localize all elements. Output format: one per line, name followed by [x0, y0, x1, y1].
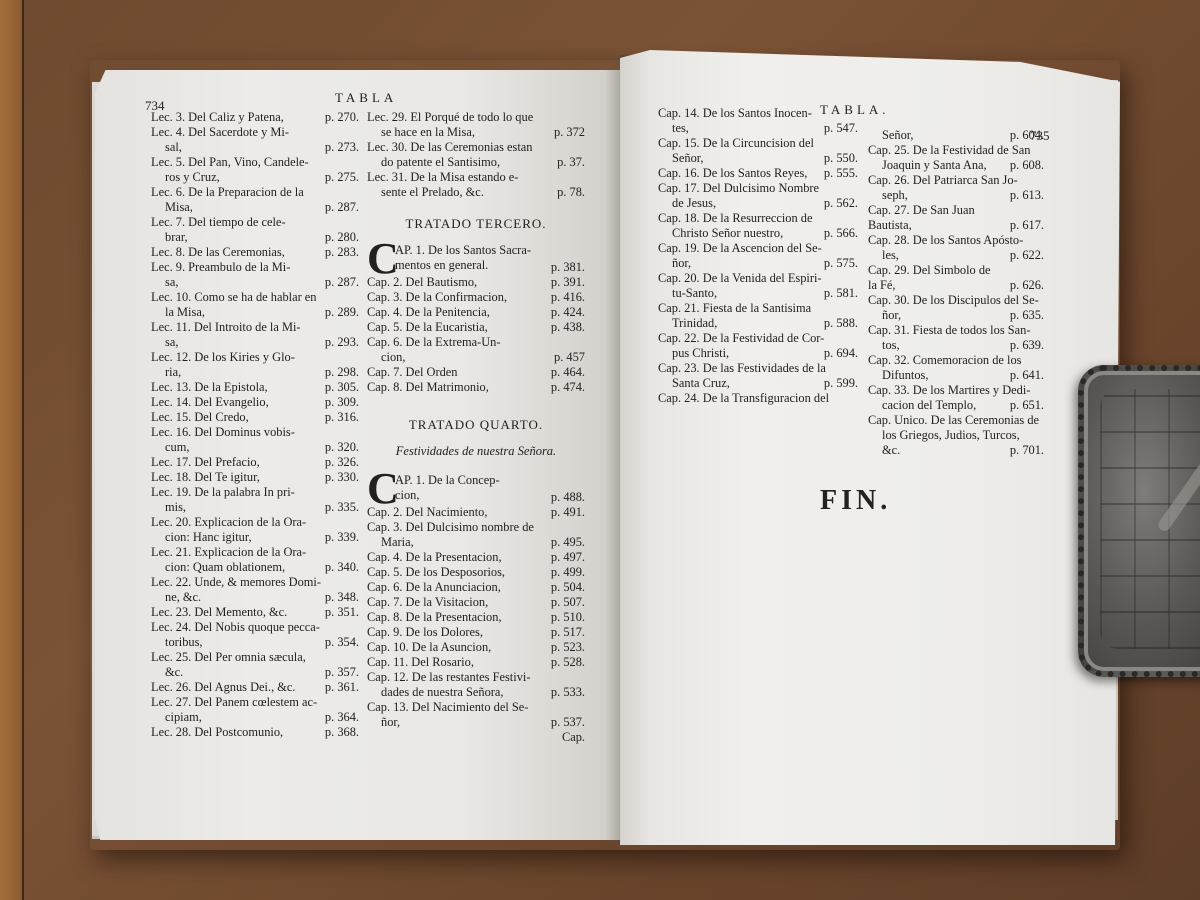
entry-page-number: p. 326. [325, 455, 359, 470]
entry-page-number: p. 528. [551, 655, 585, 670]
index-entry: Cap. 3. Del Dulcisimo nombre deMaria,p. … [367, 520, 585, 550]
index-entry: Lec. 21. Explicacion de la Ora-cion: Qua… [151, 545, 359, 575]
entry-continuation: los Griegos, Judios, Turcos, [868, 428, 1044, 443]
index-entry: Lec. 20. Explicacion de la Ora-cion: Han… [151, 515, 359, 545]
entry-title: Lec. 4. Del Sacerdote y Mi- [151, 125, 359, 140]
entry-title: Lec. 29. El Porqué de todo lo que [367, 110, 585, 125]
entry-title: Lec. 7. Del tiempo de cele- [151, 215, 359, 230]
index-entry: Cap. 26. Del Patriarca San Jo-seph,p. 61… [868, 173, 1044, 203]
entry-page-number: p. 510. [551, 610, 585, 625]
right-page: TABLA. 735 Cap. 14. De los Santos Inocen… [620, 50, 1120, 845]
index-entry: Lec. 15. Del Credo,p. 316. [151, 410, 359, 425]
entry-title: Lec. 6. De la Preparacion de la [151, 185, 359, 200]
entry-page-number: p. 289. [325, 305, 359, 320]
entry-title: Lec. 11. Del Introito de la Mi- [151, 320, 359, 335]
entry-page-number: p. 562. [824, 196, 858, 211]
entry-page-number: p. 351. [325, 605, 359, 620]
entry-title: Cap. 25. De la Festividad de San [868, 143, 1044, 158]
catchword: Cap. [367, 730, 585, 745]
entry-page-number: p. 361. [325, 680, 359, 695]
index-entry: Lec. 28. Del Postcomunio,p. 368. [151, 725, 359, 740]
entry-page-number: p. 78. [557, 185, 585, 200]
entry-page-number: p. 555. [824, 166, 858, 181]
index-entry: Cap. 28. De los Santos Apósto-les,p. 622… [868, 233, 1044, 263]
entry-page-number: p. 495. [551, 535, 585, 550]
index-entry: Lec. 23. Del Memento, &c.p. 351. [151, 605, 359, 620]
index-entry: Lec. 16. Del Dominus vobis-cum,p. 320. [151, 425, 359, 455]
left-col-1: Lec. 3. Del Caliz y Patena,p. 270.Lec. 4… [151, 110, 359, 740]
index-entry: Lec. 13. De la Epistola,p. 305. [151, 380, 359, 395]
entry-page-number: p. 320. [325, 440, 359, 455]
entry-title: Lec. 31. De la Misa estando e- [367, 170, 585, 185]
entry-page-number: p. 340. [325, 560, 359, 575]
entry-continuation: do patente el Santisimo, [367, 155, 585, 170]
entry-page-number: p. 335. [325, 500, 359, 515]
index-entry: Cap. 7. De la Visitacion,p. 507. [367, 595, 585, 610]
entry-page-number: p. 626. [1010, 278, 1044, 293]
entry-title: Lec. 9. Preambulo de la Mi- [151, 260, 359, 275]
index-entry: Cap. 17. Del Dulcisimo Nombrede Jesus,p.… [658, 181, 858, 211]
entry-page-number: p. 280. [325, 230, 359, 245]
entry-page-number: p. 537. [551, 715, 585, 730]
entry-page-number: p. 287. [325, 200, 359, 215]
index-entry: Lec. 27. Del Panem cœlestem ac-cipiam,p.… [151, 695, 359, 725]
entry-title: Cap. 24. De la Transfiguracion del [658, 391, 858, 406]
index-entry: Lec. 19. De la palabra In pri-mis,p. 335… [151, 485, 359, 515]
wooden-table-edge [0, 0, 24, 900]
entry-page-number: p. 608. [1010, 158, 1044, 173]
index-entry: Cap. 2. Del Bautismo,p. 391. [367, 275, 585, 290]
entry-page-number: p. 368. [325, 725, 359, 740]
index-entry: Cap. 7. Del Ordenp. 464. [367, 365, 585, 380]
entry-page-number: p. 641. [1010, 368, 1044, 383]
entry-title: Cap. 28. De los Santos Apósto- [868, 233, 1044, 248]
index-entry: Lec. 11. Del Introito de la Mi-sa,p. 293… [151, 320, 359, 350]
entry-title: Cap. 21. Fiesta de la Santisima [658, 301, 858, 316]
index-entry: Lec. 18. Del Te igitur,p. 330. [151, 470, 359, 485]
entry-title: Cap. 23. De las Festividades de la [658, 361, 858, 376]
entry-page: p. 488. [551, 490, 585, 505]
entry-page-number: p. 364. [325, 710, 359, 725]
lec-29-31-list: Lec. 29. El Porqué de todo lo quese hace… [367, 110, 585, 200]
entry-title: Cap. 33. De los Martires y Dedi- [868, 383, 1044, 398]
entry-page-number: p. 287. [325, 275, 359, 290]
index-entry: Cap. 30. De los Discipulos del Se-ñor,p.… [868, 293, 1044, 323]
entry-page-number: p. 533. [551, 685, 585, 700]
entry-title: Cap. 22. De la Festividad de Cor- [658, 331, 858, 346]
entry-title: Cap. 18. De la Resurreccion de [658, 211, 858, 226]
right-col-1: Cap. 14. De los Santos Inocen-tes,p. 547… [658, 106, 858, 406]
entry-page-number: p. 639. [1010, 338, 1044, 353]
index-entry: Lec. 22. Unde, & memores Domi-ne, &c.p. … [151, 575, 359, 605]
entry-page-number: p. 581. [824, 286, 858, 301]
entry-title: Cap. Unico. De las Ceremonias de [868, 413, 1044, 428]
entry-title: AP. 1. De los Santos Sacra- [395, 243, 585, 258]
entry-title: Cap. 20. De la Venida del Espiri- [658, 271, 858, 286]
entry-page-number: p. 273. [325, 140, 359, 155]
clasp-relief-grid [1100, 389, 1200, 649]
index-entry: Señor,p. 604. [868, 128, 1044, 143]
entry-title: Lec. 20. Explicacion de la Ora- [151, 515, 359, 530]
index-entry: Lec. 31. De la Misa estando e-sente el P… [367, 170, 585, 200]
entry-page-number: p. 305. [325, 380, 359, 395]
tratado-quarto-subheading: Festividades de nuestra Señora. [367, 444, 585, 459]
entry-title: Cap. 19. De la Ascencion del Se- [658, 241, 858, 256]
entry-title: Cap. 15. De la Circuncision del [658, 136, 858, 151]
entry-page-number: p. 339. [325, 530, 359, 545]
index-entry: Lec. 30. De las Ceremonias estando paten… [367, 140, 585, 170]
index-entry: Cap. 33. De los Martires y Dedi-cacion d… [868, 383, 1044, 413]
metal-clasp [1078, 365, 1200, 677]
entry-page-number: p. 547. [824, 121, 858, 136]
index-entry: Cap. 2. Del Nacimiento,p. 491. [367, 505, 585, 520]
entry-page-number: p. 517. [551, 625, 585, 640]
index-entry: Lec. 10. Como se ha de hablar enla Misa,… [151, 290, 359, 320]
right-col-2: Señor,p. 604.Cap. 25. De la Festividad d… [868, 128, 1044, 458]
index-entry: Cap. 20. De la Venida del Espiri-tu-Sant… [658, 271, 858, 301]
entry-page-number: p. 424. [551, 305, 585, 320]
index-entry: Lec. 25. Del Per omnia sæcula,&c.p. 357. [151, 650, 359, 680]
entry-page-number: p. 694. [824, 346, 858, 361]
entry-title: Cap. 26. Del Patriarca San Jo- [868, 173, 1044, 188]
entry-title: Lec. 30. De las Ceremonias estan [367, 140, 585, 155]
entry-title: Cap. 17. Del Dulcisimo Nombre [658, 181, 858, 196]
left-col-2: Lec. 29. El Porqué de todo lo quese hace… [367, 110, 585, 745]
index-entry: Cap. 14. De los Santos Inocen-tes,p. 547… [658, 106, 858, 136]
index-entry: Cap. 24. De la Transfiguracion del [658, 391, 858, 406]
entry-title: Lec. 21. Explicacion de la Ora- [151, 545, 359, 560]
entry-page-number: p. 575. [824, 256, 858, 271]
index-entry: Cap. 12. De las restantes Festivi-dades … [367, 670, 585, 700]
entry-title: Cap. 30. De los Discipulos del Se- [868, 293, 1044, 308]
entry-page-number: p. 622. [1010, 248, 1044, 263]
index-entry: Cap. 31. Fiesta de todos los San-tos,p. … [868, 323, 1044, 353]
index-entry: Cap. 23. De las Festividades de laSanta … [658, 361, 858, 391]
index-entry: Cap. 6. De la Extrema-Un-cion,p. 457 [367, 335, 585, 365]
entry-page-number: p. 357. [325, 665, 359, 680]
index-entry: Cap. 29. Del Simbolo de la Fé,p. 626. [868, 263, 1044, 293]
entry-page: p. 381. [551, 260, 585, 275]
index-entry: Lec. 6. De la Preparacion de laMisa,p. 2… [151, 185, 359, 215]
index-entry: Lec. 9. Preambulo de la Mi-sa,p. 287. [151, 260, 359, 290]
entry-page-number: p. 354. [325, 635, 359, 650]
entry-title: Lec. 19. De la palabra In pri- [151, 485, 359, 500]
index-entry: Cap. 16. De los Santos Reyes,p. 555. [658, 166, 858, 181]
index-entry: Cap. 8. De la Presentacion,p. 510. [367, 610, 585, 625]
entry-page-number: p. 507. [551, 595, 585, 610]
index-entry: Cap. Unico. De las Ceremonias delos Grie… [868, 413, 1044, 458]
index-entry: Cap. 22. De la Festividad de Cor-pus Chr… [658, 331, 858, 361]
index-entry: Cap. 4. De la Penitencia,p. 424. [367, 305, 585, 320]
index-entry: Cap. 4. De la Presentacion,p. 497. [367, 550, 585, 565]
entry-page-number: p. 283. [325, 245, 359, 260]
entry-page-number: p. 457 [554, 350, 585, 365]
index-entry: Cap. 5. De los Desposorios,p. 499. [367, 565, 585, 580]
index-entry: Lec. 5. Del Pan, Vino, Candele-ros y Cru… [151, 155, 359, 185]
index-entry: Lec. 14. Del Evangelio,p. 309. [151, 395, 359, 410]
running-head-left: TABLA [335, 90, 397, 106]
entry-page-number: p. 701. [1010, 443, 1044, 458]
tratado-quarto-cap1: C AP. 1. De la Concep- cion, p. 488. [367, 473, 585, 505]
fin-label: FIN. [820, 485, 891, 517]
entry-page-number: p. 298. [325, 365, 359, 380]
index-entry: Cap. 8. Del Matrimonio,p. 474. [367, 380, 585, 395]
index-entry: Cap. 18. De la Resurreccion deChristo Se… [658, 211, 858, 241]
entry-page-number: p. 464. [551, 365, 585, 380]
index-entry: Lec. 8. De las Ceremonias,p. 283. [151, 245, 359, 260]
entry-title: Lec. 24. Del Nobis quoque pecca- [151, 620, 359, 635]
entry-page-number: p. 604. [1010, 128, 1044, 143]
entry-page-number: p. 316. [325, 410, 359, 425]
index-entry: Cap. 6. De la Anunciacion,p. 504. [367, 580, 585, 595]
entry-page-number: p. 416. [551, 290, 585, 305]
entry-page-number: p. 617. [1010, 218, 1044, 233]
entry-title: Cap. 6. De la Extrema-Un- [367, 335, 585, 350]
entry-title: Cap. 3. Del Dulcisimo nombre de [367, 520, 585, 535]
entry-page-number: p. 613. [1010, 188, 1044, 203]
entry-title: Cap. 14. De los Santos Inocen- [658, 106, 858, 121]
entry-title: AP. 1. De la Concep- [395, 473, 585, 488]
entry-continuation: se hace en la Misa, [367, 125, 585, 140]
index-entry: Lec. 12. De los Kiries y Glo-ria,p. 298. [151, 350, 359, 380]
entry-page-number: p. 588. [824, 316, 858, 331]
entry-page-number: p. 474. [551, 380, 585, 395]
entry-title: Lec. 25. Del Per omnia sæcula, [151, 650, 359, 665]
entry-page-number: p. 499. [551, 565, 585, 580]
entry-page-number: p. 391. [551, 275, 585, 290]
entry-page-number: p. 372 [554, 125, 585, 140]
index-entry: Lec. 4. Del Sacerdote y Mi-sal,p. 273. [151, 125, 359, 155]
entry-page-number: p. 491. [551, 505, 585, 520]
entry-title: Lec. 27. Del Panem cœlestem ac- [151, 695, 359, 710]
entry-page-number: p. 438. [551, 320, 585, 335]
entry-page-number: p. 37. [557, 155, 585, 170]
index-entry: Cap. 13. Del Nacimiento del Se-ñor,p. 53… [367, 700, 585, 730]
tratado-quarto-heading: TRATADO QUARTO. [367, 417, 585, 432]
entry-title: Cap. 13. Del Nacimiento del Se- [367, 700, 585, 715]
index-entry: Cap. 3. De la Confirmacion,p. 416. [367, 290, 585, 305]
index-entry: Cap. 27. De San Juan Bautista,p. 617. [868, 203, 1044, 233]
index-entry: Lec. 29. El Porqué de todo lo quese hace… [367, 110, 585, 140]
entry-page-number: p. 566. [824, 226, 858, 241]
entry-page-number: p. 275. [325, 170, 359, 185]
entry-title: Lec. 16. Del Dominus vobis- [151, 425, 359, 440]
entry-title: Lec. 22. Unde, & memores Domi- [151, 575, 359, 590]
entry-title: Cap. 31. Fiesta de todos los San- [868, 323, 1044, 338]
index-entry: Lec. 17. Del Prefacio,p. 326. [151, 455, 359, 470]
index-entry: Lec. 26. Del Agnus Dei., &c.p. 361. [151, 680, 359, 695]
entry-page-number: p. 599. [824, 376, 858, 391]
index-entry: Cap. 5. De la Eucaristia,p. 438. [367, 320, 585, 335]
entry-title: Lec. 5. Del Pan, Vino, Candele- [151, 155, 359, 170]
entry-page-number: p. 270. [325, 110, 359, 125]
index-entry: Cap. 19. De la Ascencion del Se-ñor,p. 5… [658, 241, 858, 271]
entry-title: Lec. 10. Como se ha de hablar en [151, 290, 359, 305]
index-entry: Lec. 7. Del tiempo de cele-brar,p. 280. [151, 215, 359, 245]
tratado-quarto-list: Cap. 2. Del Nacimiento,p. 491.Cap. 3. De… [367, 505, 585, 730]
entry-continuation: cion, [367, 350, 585, 365]
index-entry: Lec. 24. Del Nobis quoque pecca-toribus,… [151, 620, 359, 650]
tratado-tercero-cap1: C AP. 1. De los Santos Sacra- mentos en … [367, 243, 585, 275]
tratado-tercero-list: Cap. 2. Del Bautismo,p. 391.Cap. 3. De l… [367, 275, 585, 395]
index-entry: Lec. 3. Del Caliz y Patena,p. 270. [151, 110, 359, 125]
entry-page-number: p. 330. [325, 470, 359, 485]
entry-continuation: sente el Prelado, &c. [367, 185, 585, 200]
index-entry: Cap. 10. De la Asuncion,p. 523. [367, 640, 585, 655]
index-entry: Cap. 32. Comemoracion de losDifuntos,p. … [868, 353, 1044, 383]
entry-page-number: p. 651. [1010, 398, 1044, 413]
index-entry: Cap. 25. De la Festividad de SanJoaquin … [868, 143, 1044, 173]
entry-title: Cap. 32. Comemoracion de los [868, 353, 1044, 368]
index-entry: Cap. 15. De la Circuncision delSeñor,p. … [658, 136, 858, 166]
entry-page-number: p. 309. [325, 395, 359, 410]
entry-page-number: p. 504. [551, 580, 585, 595]
entry-page-number: p. 635. [1010, 308, 1044, 323]
index-entry: Cap. 21. Fiesta de la SantisimaTrinidad,… [658, 301, 858, 331]
tratado-tercero-heading: TRATADO TERCERO. [367, 216, 585, 231]
left-page: 734 TABLA Lec. 3. Del Caliz y Patena,p. … [95, 70, 620, 840]
entry-page-number: p. 348. [325, 590, 359, 605]
index-entry: Cap. 11. Del Rosario,p. 528. [367, 655, 585, 670]
entry-page-number: p. 497. [551, 550, 585, 565]
index-entry: Cap. 9. De los Dolores,p. 517. [367, 625, 585, 640]
entry-page-number: p. 523. [551, 640, 585, 655]
entry-title: Lec. 12. De los Kiries y Glo- [151, 350, 359, 365]
entry-page-number: p. 550. [824, 151, 858, 166]
entry-page-number: p. 293. [325, 335, 359, 350]
entry-title: Cap. 12. De las restantes Festivi- [367, 670, 585, 685]
